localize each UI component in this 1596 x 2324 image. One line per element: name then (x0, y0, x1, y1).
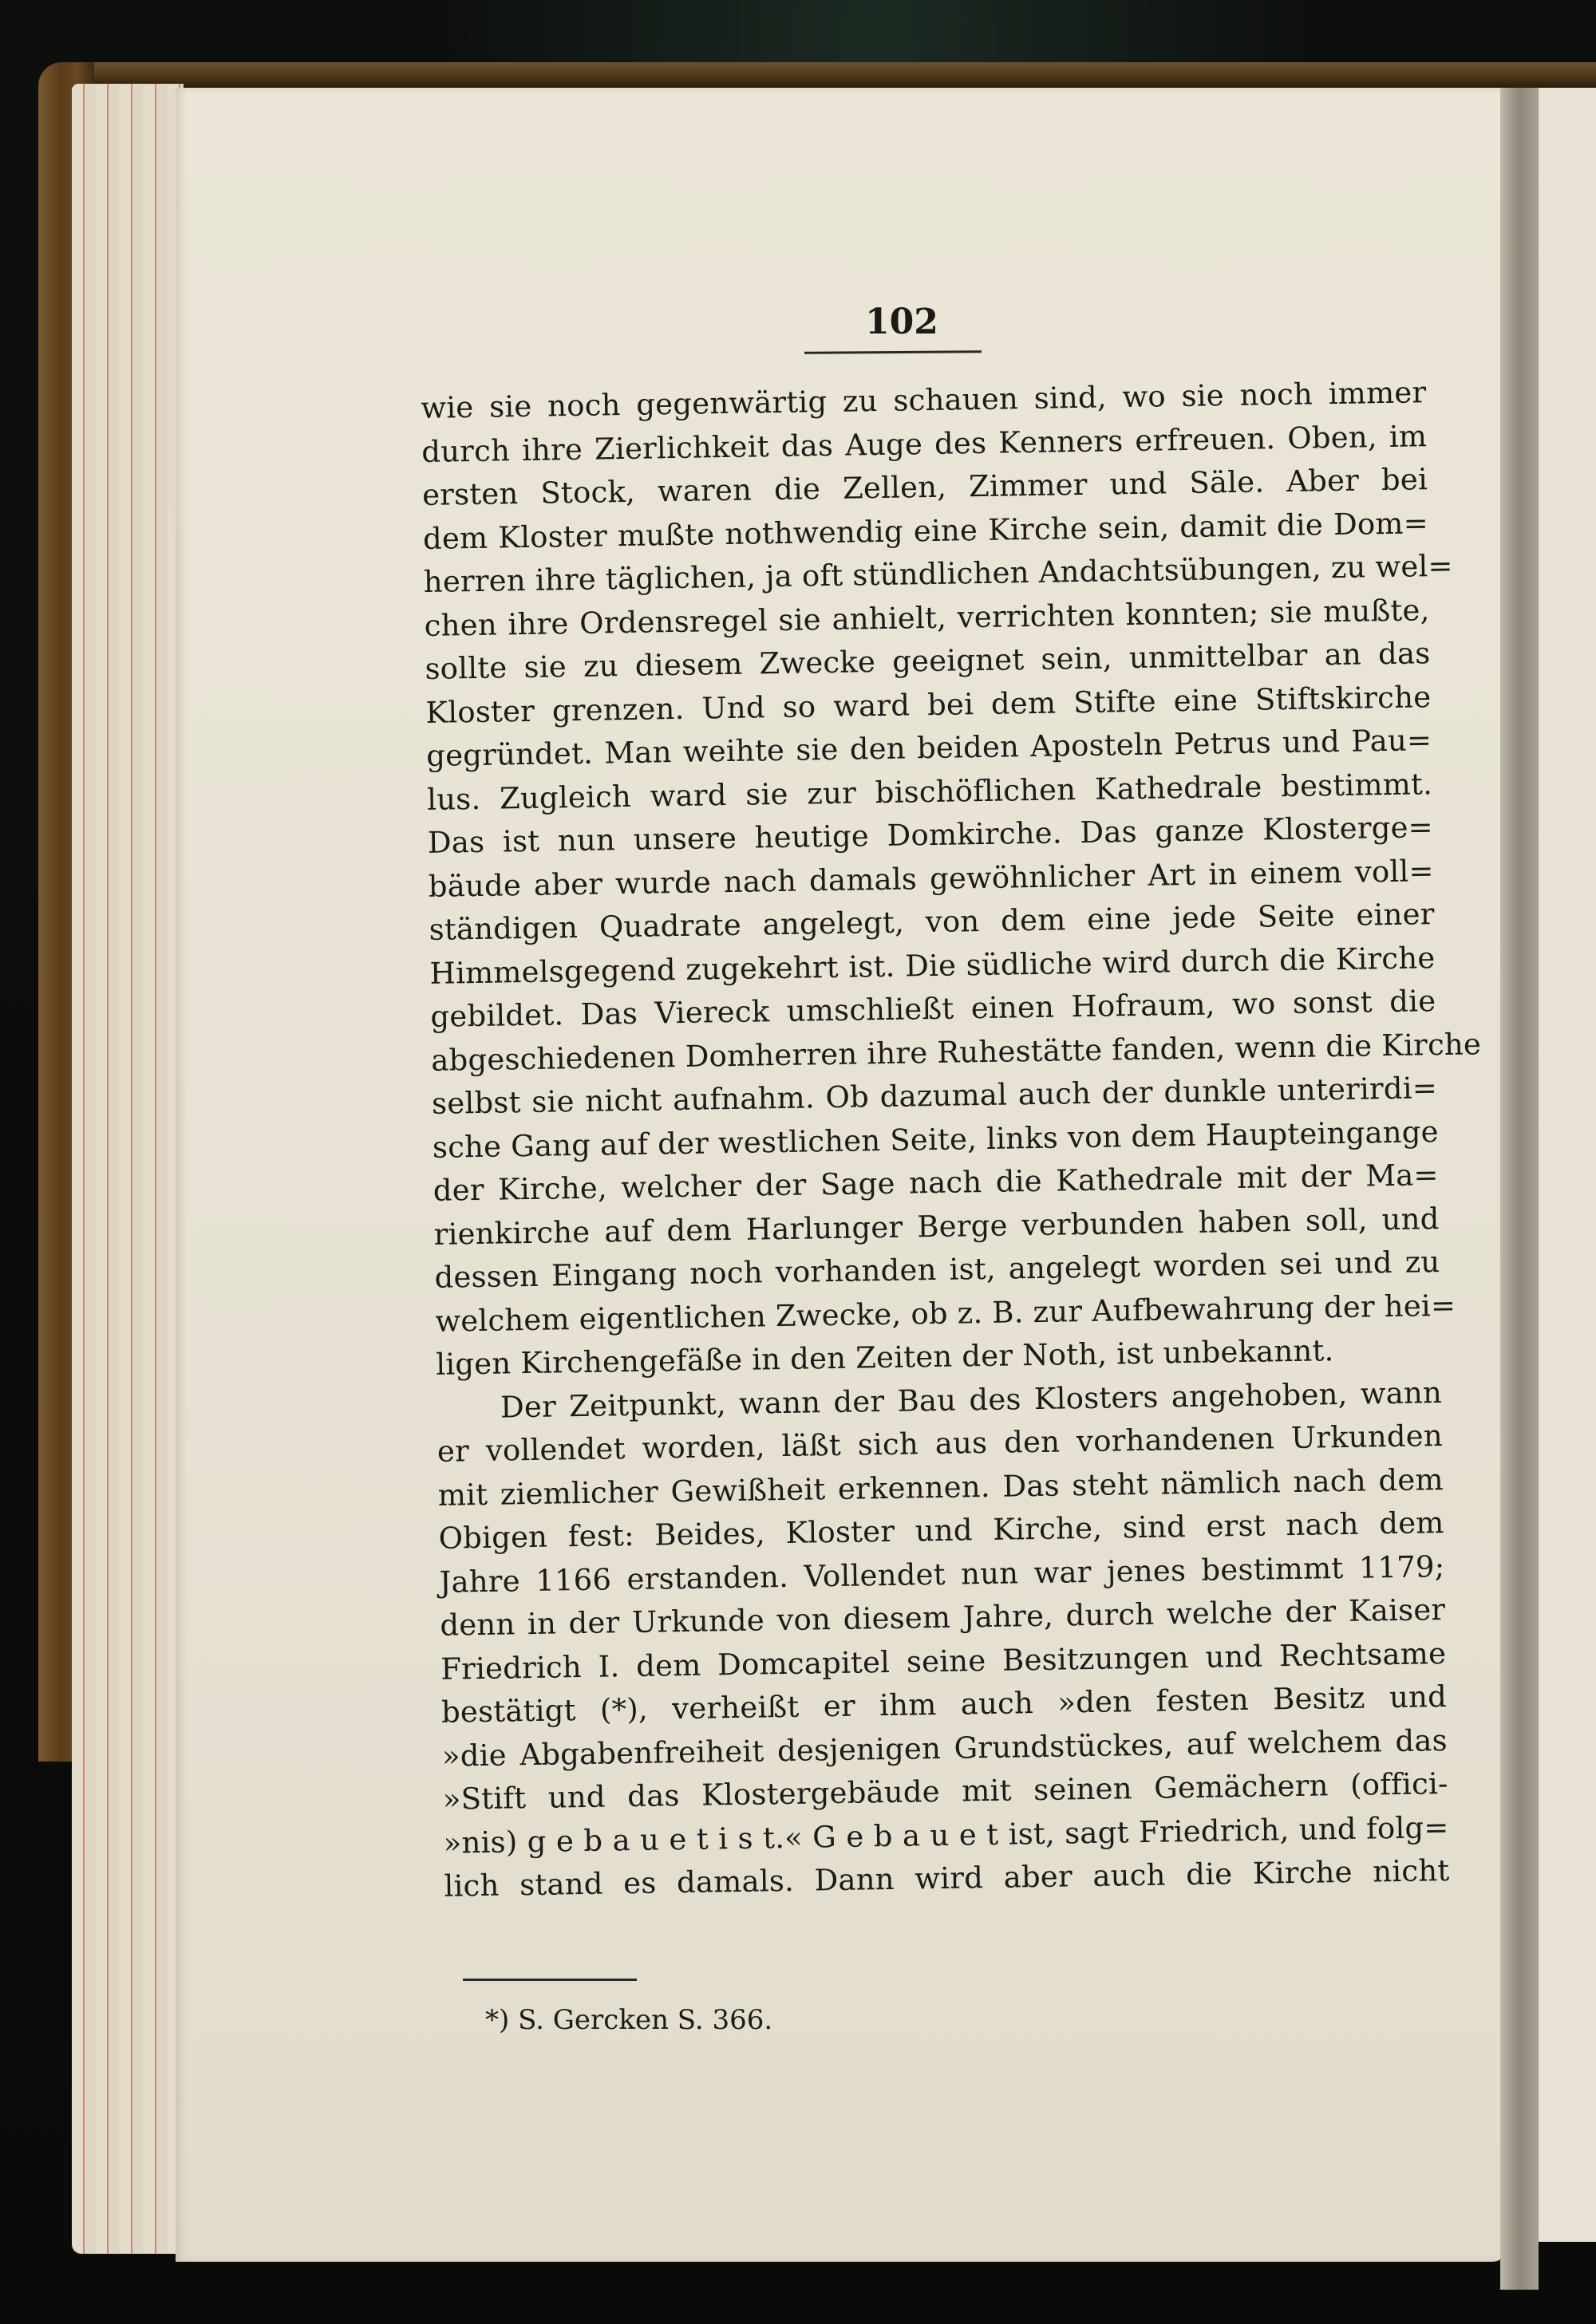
book-cover-top-edge (38, 62, 1596, 88)
page-number: 102 (806, 302, 997, 342)
footnote: *) S. Gercken S. 366. (485, 2004, 772, 2036)
body-text: wie sie noch gegenwärtig zu schauen sind… (421, 371, 1450, 1908)
page-stack-edges (72, 84, 184, 2254)
facing-page-edge (1539, 88, 1596, 2242)
gutter-shadow (1500, 88, 1539, 2290)
footnote-rule (463, 1979, 637, 1981)
